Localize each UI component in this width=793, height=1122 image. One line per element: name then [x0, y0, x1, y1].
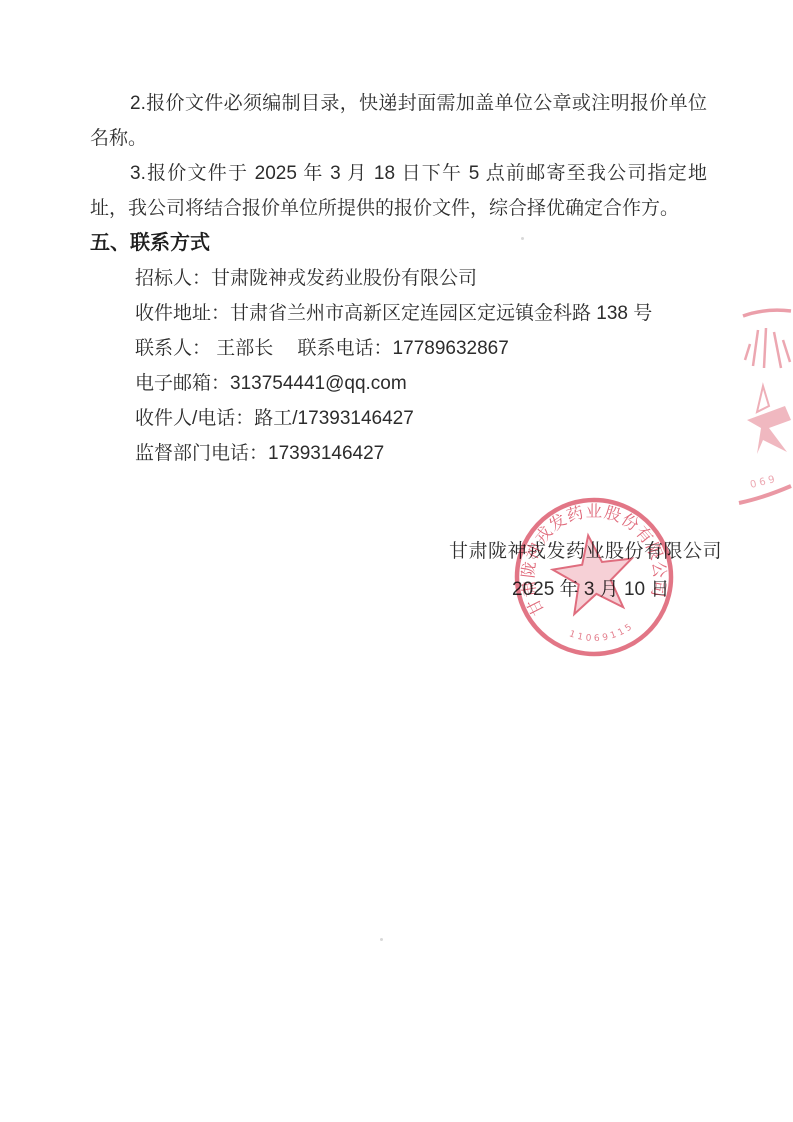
- contact-line-supervision-phone: 监督部门电话：17393146427: [90, 436, 707, 471]
- contact-line-person-phone: 联系人： 王部长 联系电话：17789632867: [90, 331, 707, 366]
- seal-star-icon: [549, 530, 639, 616]
- seal-fragment-code: 069: [749, 473, 779, 490]
- paragraph-quote-rule-3: 3.报价文件于 2025 年 3 月 18 日下午 5 点前邮寄至我公司指定地址…: [90, 156, 707, 226]
- seal-fragment-character-strokes: [745, 328, 790, 368]
- contact-line-recipient: 收件人/电话：路工/17393146427: [90, 401, 707, 436]
- document-page: 2.报价文件必须编制目录，快递封面需加盖单位公章或注明报价单位名称。 3.报价文…: [0, 0, 793, 1122]
- contact-line-tenderee: 招标人：甘肃陇神戎发药业股份有限公司: [90, 261, 707, 296]
- scan-speck: [380, 938, 383, 941]
- paragraph-quote-rule-2: 2.报价文件必须编制目录，快递封面需加盖单位公章或注明报价单位名称。: [90, 86, 707, 156]
- partial-seal-fragment: 069: [733, 300, 793, 515]
- document-body: 2.报价文件必须编制目录，快递封面需加盖单位公章或注明报价单位名称。 3.报价文…: [90, 86, 707, 471]
- seal-fragment-star: [747, 386, 791, 454]
- seal-fragment-bottom-arc: [739, 486, 791, 503]
- contact-line-email: 电子邮箱：313754441@qq.com: [90, 366, 707, 401]
- company-seal: 甘肃陇神戎发药业股份有限公司 11069115: [481, 464, 707, 690]
- scan-speck: [521, 237, 524, 240]
- section-heading-contact: 五、联系方式: [90, 226, 707, 261]
- contact-line-address: 收件地址：甘肃省兰州市高新区定连园区定远镇金科路 138 号: [90, 296, 707, 331]
- seal-fragment-top-arc: [743, 310, 791, 316]
